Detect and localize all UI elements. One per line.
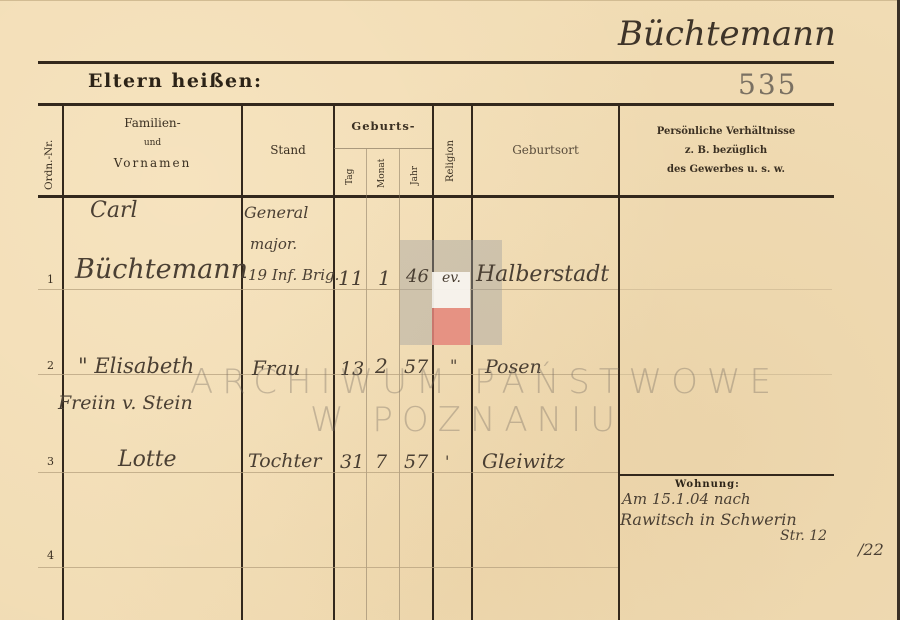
- col-header-names-line3: Vornamen: [64, 153, 241, 173]
- top-rule: [38, 61, 834, 64]
- col-header-ordn: Ordn.-Nr.: [43, 140, 55, 190]
- col-header-religion: Religion: [445, 140, 456, 182]
- row1-birth-month: 1: [378, 266, 391, 290]
- col-header-names: Familien- und Vornamen: [64, 113, 241, 173]
- row1-birthplace: Halberstadt: [476, 262, 609, 287]
- wohnung-top-rule: [620, 474, 834, 476]
- wohnung-line1: Am 15.1.04 nach: [622, 490, 751, 508]
- col-rule-ordn: [62, 104, 64, 620]
- col-header-personal: Persönliche Verhältnisse z. B. bezüglich…: [620, 122, 832, 179]
- row-number-4: 4: [47, 549, 54, 562]
- card-top-edge: [0, 0, 900, 1]
- row1-birth-year: 46: [406, 266, 429, 287]
- row1-stand-line2: major.: [250, 235, 297, 253]
- row1-forename: Carl: [90, 198, 138, 223]
- row1-stand-line3: 19 Inf. Brig.: [248, 266, 339, 284]
- col-header-stand: Stand: [243, 140, 333, 160]
- col-header-geburtsort: Geburtsort: [473, 140, 618, 160]
- row-line-1-right: [620, 289, 832, 290]
- watermark-flag-red: [432, 308, 470, 345]
- col-header-personal-line1: Persönliche Verhältnisse: [620, 122, 832, 141]
- row3-forename: Lotte: [118, 447, 177, 472]
- header-bottom-rule: [38, 195, 834, 198]
- col-header-geburts: Geburts-: [335, 117, 432, 136]
- col-header-tag: Tag: [345, 169, 355, 185]
- watermark-text-line1: ARCHIWUM PAŃSTWOWE: [190, 362, 780, 402]
- row3-birthplace: Gleiwitz: [482, 449, 565, 473]
- watermark-text-line2: W POZNANIU: [310, 400, 624, 440]
- header-surname: Büchtemann: [618, 14, 836, 54]
- row1-religion: ev.: [442, 270, 461, 286]
- row1-birth-day: 11: [338, 266, 363, 290]
- col-header-monat: Monat: [377, 159, 387, 188]
- section-title: Eltern heißen:: [88, 70, 262, 92]
- row-number-2: 2: [47, 359, 54, 372]
- wohnung-line2: Rawitsch in Schwerin: [620, 510, 797, 529]
- row1-stand-line1: General: [244, 203, 308, 222]
- row3-birth-year: 57: [404, 451, 428, 473]
- col-header-names-line2: und: [64, 133, 241, 153]
- wohnung-line3: Str. 12: [780, 528, 827, 544]
- row3-religion: ': [445, 452, 449, 471]
- row-number-3: 3: [47, 455, 54, 468]
- row-number-1: 1: [47, 273, 54, 286]
- table-top-rule: [38, 103, 834, 106]
- row2-forename: " Elisabeth: [78, 354, 194, 378]
- record-number: 535: [738, 68, 797, 101]
- col-header-names-line1: Familien-: [64, 113, 241, 133]
- row3-stand: Tochter: [248, 450, 321, 472]
- row2-surname-note: Freiin v. Stein: [58, 392, 193, 414]
- row3-birth-month: 7: [375, 451, 387, 473]
- row-line-1: [38, 289, 618, 290]
- row3-birth-day: 31: [340, 451, 364, 473]
- geburts-divider: [334, 148, 432, 149]
- wohnung-line4: /22: [858, 540, 884, 559]
- row-line-4: [38, 567, 618, 568]
- col-header-personal-line3: des Gewerbes u. s. w.: [620, 160, 832, 179]
- col-header-personal-line2: z. B. bezüglich: [620, 141, 832, 160]
- wohnung-label: Wohnung:: [675, 479, 740, 490]
- col-header-jahr: Jahr: [410, 166, 420, 185]
- row1-surname: Büchtemann: [75, 254, 248, 285]
